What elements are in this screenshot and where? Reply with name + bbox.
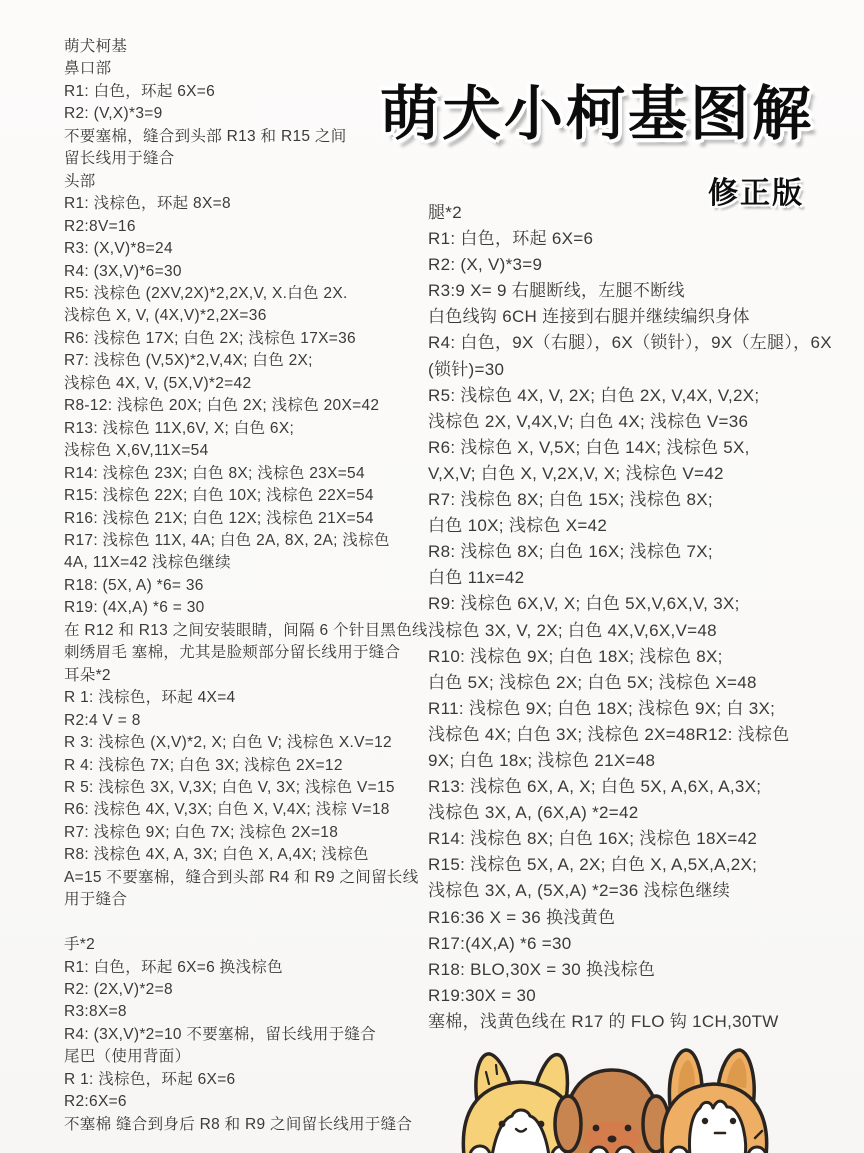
pattern-line: R16:36 X = 36 换浅黄色 (428, 905, 864, 931)
pattern-line: R8-12: 浅棕色 20X; 白色 2X; 浅棕色 20X=42 (64, 395, 436, 417)
pattern-line: R 1: 浅棕色，环起 4X=4 (64, 687, 436, 709)
pattern-line: R19:30X = 30 (428, 983, 864, 1009)
pattern-line: R8: 浅棕色 4X, A, 3X; 白色 X, A,4X; 浅棕色 (64, 844, 436, 866)
pattern-line: R14: 浅棕色 23X; 白色 8X; 浅棕色 23X=54 (64, 463, 436, 485)
nose (608, 1136, 617, 1143)
pattern-line: R6: 浅棕色 X, V,5X; 白色 14X; 浅棕色 5X, (428, 435, 864, 461)
pattern-line: R2:4 V = 8 (64, 710, 436, 732)
left-paw (670, 1147, 688, 1153)
pattern-line: 留长线用于缝合 (64, 148, 436, 170)
pattern-line: R5: 浅棕色 4X, V, 2X; 白色 2X, V,4X, V,2X; (428, 383, 864, 409)
pattern-line: 浅棕色 3X, A, (6X,A) *2=42 (428, 800, 864, 826)
pattern-line: R 1: 浅棕色，环起 6X=6 (64, 1069, 436, 1091)
pattern-line: 浅棕色 3X, A, (5X,A) *2=36 浅棕色继续 (428, 878, 864, 904)
pattern-line: R15: 浅棕色 22X; 白色 10X; 浅棕色 22X=54 (64, 485, 436, 507)
pattern-line: R14: 浅棕色 8X; 白色 16X; 浅棕色 18X=42 (428, 826, 864, 852)
pattern-line: R13: 浅棕色 11X,6V, X; 白色 6X; (64, 418, 436, 440)
brown-puppy (555, 1070, 669, 1153)
pattern-line: 尾巴（使用背面） (64, 1046, 436, 1068)
pattern-line: 浅棕色 4X, V, (5X,V)*2=42 (64, 373, 436, 395)
pattern-page: 萌犬小柯基图解 修正版 萌犬柯基鼻口部R1: 白色，环起 6X=6R2: (V,… (0, 0, 864, 1153)
right-eye (625, 1125, 632, 1132)
pattern-line: R4: 白色，9X（右腿），6X（锁针），9X（左腿），6X (428, 330, 864, 356)
pattern-line: R 3: 浅棕色 (X,V)*2, X; 白色 V; 浅棕色 X.V=12 (64, 732, 436, 754)
pattern-line: 耳朵*2 (64, 665, 436, 687)
pattern-line: R11: 浅棕色 9X; 白色 18X; 浅棕色 9X; 白 3X; (428, 696, 864, 722)
pattern-line: R3:9 X= 9 右腿断线，左腿不断线 (428, 278, 864, 304)
left-eye (499, 1121, 506, 1128)
pattern-line: 白色线钩 6CH 连接到右腿并继续编织身体 (428, 304, 864, 330)
pattern-line: R2: (2X,V)*2=8 (64, 979, 436, 1001)
pattern-line: R17: 浅棕色 11X, 4A; 白色 2A, 8X, 2A; 浅棕色 (64, 530, 436, 552)
orange-corgi (662, 1050, 767, 1153)
pattern-line: R19: (4X,A) *6 = 30 (64, 597, 436, 619)
pattern-line: 浅棕色 3X, V, 2X; 白色 4X,V,6X,V=48 (428, 618, 864, 644)
pattern-line: 鼻口部 (64, 58, 436, 80)
pattern-line: R15: 浅棕色 5X, A, 2X; 白色 X, A,5X,A,2X; (428, 852, 864, 878)
pattern-line: 浅棕色 2X, V,4X,V; 白色 4X; 浅棕色 V=36 (428, 409, 864, 435)
right-paw (748, 1147, 766, 1153)
pattern-line: 在 R12 和 R13 之间安装眼睛，间隔 6 个针目黑色线 (64, 620, 436, 642)
pattern-line: R4: (3X,V)*6=30 (64, 261, 436, 283)
pattern-line (64, 912, 436, 934)
pattern-line: 腿*2 (428, 200, 864, 226)
pattern-line: R 4: 浅棕色 7X; 白色 3X; 浅棕色 2X=12 (64, 755, 436, 777)
pattern-line: R7: 浅棕色 (V,5X)*2,V,4X; 白色 2X; (64, 350, 436, 372)
pattern-line: R3:8X=8 (64, 1001, 436, 1023)
pattern-line: V,X,V; 白色 X, V,2X,V, X; 浅棕色 V=42 (428, 461, 864, 487)
right-paw (616, 1147, 634, 1153)
pattern-line: 9X; 白色 18x; 浅棕色 21X=48 (428, 748, 864, 774)
pattern-line: R4: (3X,V)*2=10 不要塞棉，留长线用于缝合 (64, 1024, 436, 1046)
right-eye (538, 1121, 545, 1128)
pattern-line: R3: (X,V)*8=24 (64, 238, 436, 260)
pattern-line: R2: (X, V)*3=9 (428, 252, 864, 278)
pattern-line: 浅棕色 X,6V,11X=54 (64, 440, 436, 462)
pattern-line: 用于缝合 (64, 889, 436, 911)
left-floppy-ear (555, 1096, 581, 1152)
pattern-line: R6: 浅棕色 4X, V,3X; 白色 X, V,4X; 浅棕 V=18 (64, 799, 436, 821)
left-paw (590, 1147, 608, 1153)
pattern-line: R9: 浅棕色 6X,V, X; 白色 5X,V,6X,V, 3X; (428, 591, 864, 617)
pattern-line: R1: 白色，环起 6X=6 (428, 226, 864, 252)
pattern-line: R18: BLO,30X = 30 换浅棕色 (428, 957, 864, 983)
pattern-line: 浅棕色 X, V, (4X,V)*2,2X=36 (64, 305, 436, 327)
right-column: 腿*2R1: 白色，环起 6X=6R2: (X, V)*3=9R3:9 X= 9… (428, 200, 864, 1035)
pattern-line: 萌犬柯基 (64, 36, 436, 58)
pattern-line: R2:8V=16 (64, 216, 436, 238)
left-eye (593, 1125, 600, 1132)
left-column: 萌犬柯基鼻口部R1: 白色，环起 6X=6R2: (V,X)*3=9不要塞棉，缝… (64, 36, 436, 1136)
pattern-line: R2: (V,X)*3=9 (64, 103, 436, 125)
pattern-line: R6: 浅棕色 17X; 白色 2X; 浅棕色 17X=36 (64, 328, 436, 350)
left-paw (470, 1146, 490, 1153)
pattern-line: R1: 白色，环起 6X=6 (64, 81, 436, 103)
pattern-line: (锁针)=30 (428, 357, 864, 383)
right-eye (730, 1118, 736, 1124)
pattern-line: R18: (5X, A) *6= 36 (64, 575, 436, 597)
pattern-line: R10: 浅棕色 9X; 白色 18X; 浅棕色 8X; (428, 644, 864, 670)
pattern-line: R7: 浅棕色 8X; 白色 15X; 浅棕色 8X; (428, 487, 864, 513)
pattern-line: 头部 (64, 171, 436, 193)
pattern-line: 白色 11x=42 (428, 565, 864, 591)
pattern-line: R2:6X=6 (64, 1091, 436, 1113)
pattern-line: R1: 白色，环起 6X=6 换浅棕色 (64, 957, 436, 979)
page-title: 萌犬小柯基图解 (380, 66, 840, 151)
pattern-line: R1: 浅棕色，环起 8X=8 (64, 193, 436, 215)
pattern-line: 白色 5X; 浅棕色 2X; 白色 5X; 浅棕色 X=48 (428, 670, 864, 696)
pattern-line: 塞棉，浅黄色线在 R17 的 FLO 钩 1CH,30TW (428, 1009, 864, 1035)
pattern-line: R17:(4X,A) *6 =30 (428, 931, 864, 957)
pattern-line: 浅棕色 4X; 白色 3X; 浅棕色 2X=48R12: 浅棕色 (428, 722, 864, 748)
corgi-illustration (452, 1044, 792, 1153)
pattern-line: 不要塞棉，缝合到头部 R13 和 R15 之间 (64, 126, 436, 148)
pattern-line: 不塞棉 缝合到身后 R8 和 R9 之间留长线用于缝合 (64, 1114, 436, 1136)
pattern-line: 刺绣眉毛 塞棉，尤其是脸颊部分留长线用于缝合 (64, 642, 436, 664)
pattern-line: R 5: 浅棕色 3X, V,3X; 白色 V, 3X; 浅棕色 V=15 (64, 777, 436, 799)
pattern-line: 4A, 11X=42 浅棕色继续 (64, 552, 436, 574)
left-eye (702, 1118, 708, 1124)
pattern-line: R13: 浅棕色 6X, A, X; 白色 5X, A,6X, A,3X; (428, 774, 864, 800)
pattern-line: 白色 10X; 浅棕色 X=42 (428, 513, 864, 539)
pattern-line: R5: 浅棕色 (2XV,2X)*2,2X,V, X.白色 2X. (64, 283, 436, 305)
pattern-line: R8: 浅棕色 8X; 白色 16X; 浅棕色 7X; (428, 539, 864, 565)
pattern-line: R7: 浅棕色 9X; 白色 7X; 浅棕色 2X=18 (64, 822, 436, 844)
pattern-line: 手*2 (64, 934, 436, 956)
pattern-line: A=15 不要塞棉，缝合到头部 R4 和 R9 之间留长线 (64, 867, 436, 889)
pattern-line: R16: 浅棕色 21X; 白色 12X; 浅棕色 21X=54 (64, 508, 436, 530)
